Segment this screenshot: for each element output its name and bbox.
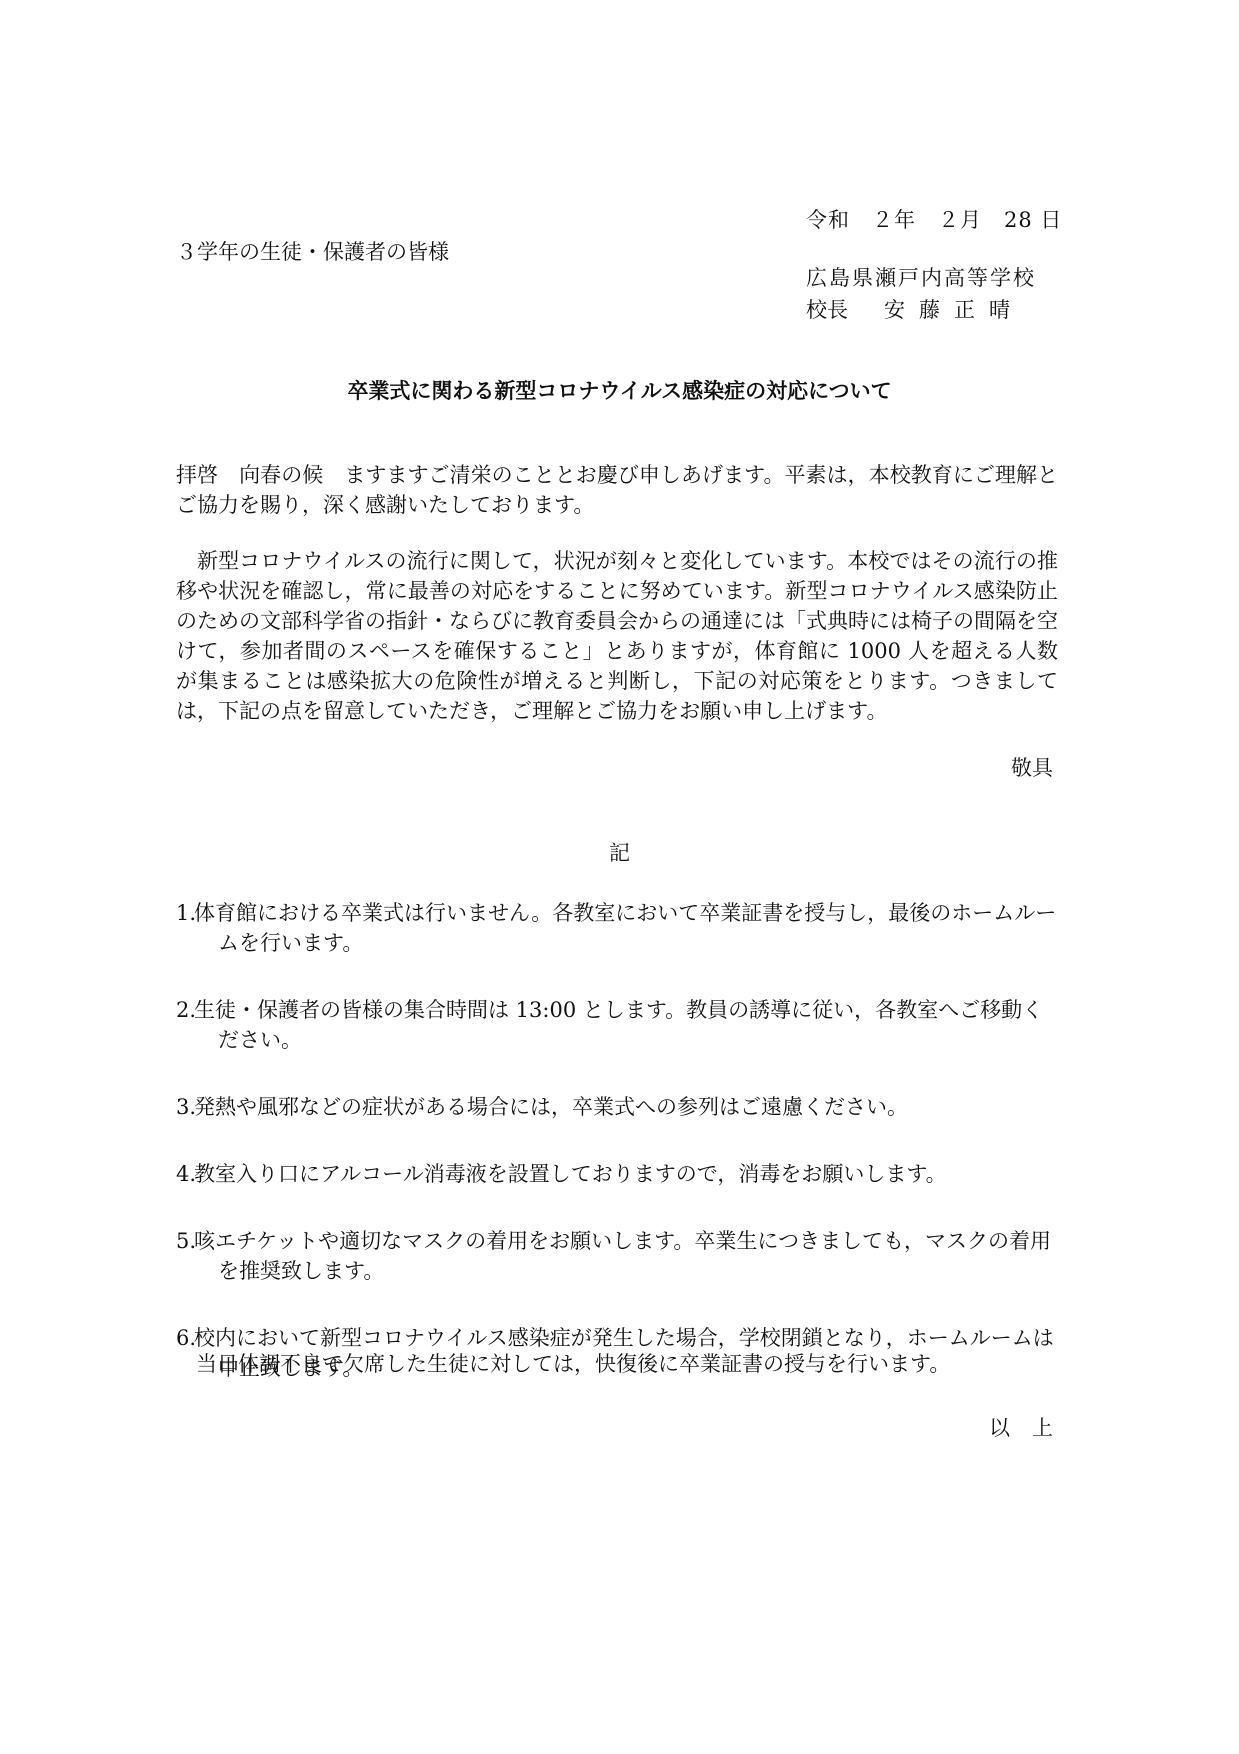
item-text: 生徒・保護者の皆様の集合時間は 13:00 とします。教員の誘導に従い，各教室へ… (194, 998, 1043, 1052)
principal-title: 校長 (806, 298, 848, 322)
document-title: 卒業式に関わる新型コロナウイルス感染症の対応について (0, 380, 1239, 401)
body-paragraph: 新型コロナウイルスの流行に関して，状況が刻々と変化しています。本校ではその流行の… (176, 546, 1058, 726)
recipient-line: ３学年の生徒・保護者の皆様 (176, 242, 449, 263)
item-text: 体育館における卒業式は行いません。各教室において卒業証書を授与し，最後のホームル… (194, 901, 1056, 955)
document-date: 令和 ２年 ２月 28 日 (806, 210, 1062, 231)
principal-name: 安藤正晴 (884, 298, 1024, 322)
closing-keigu: 敬具 (1011, 758, 1053, 779)
list-item: 2.生徒・保護者の皆様の集合時間は 13:00 とします。教員の誘導に従い，各教… (176, 995, 1058, 1055)
school-name: 広島県瀬戸内高等学校 (806, 268, 1036, 289)
item-text: 発熱や風邪などの症状がある場合には，卒業式への参列はご遠慮ください。 (194, 1095, 908, 1119)
measures-list: 1.体育館における卒業式は行いません。各教室において卒業証書を授与し，最後のホー… (176, 898, 1058, 1420)
closing-ijou: 以上 (989, 1418, 1075, 1439)
principal-signature: 校長安藤正晴 (806, 300, 1024, 321)
ki-heading: 記 (0, 843, 1239, 864)
list-item: 3.発熱や風邪などの症状がある場合には，卒業式への参列はご遠慮ください。 (176, 1092, 1058, 1122)
list-item: 4.教室入り口にアルコール消毒液を設置しておりますので，消毒をお願いします。 (176, 1159, 1058, 1189)
greeting-paragraph: 拝啓 向春の候 ますますご清栄のこととお慶び申しあげます。平素は，本校教育にご理… (176, 460, 1058, 520)
item-text: 咳エチケットや適切なマスクの着用をお願いします。卒業生につきましても，マスクの着… (194, 1229, 1051, 1283)
item-text: 教室入り口にアルコール消毒液を設置しておりますので，消毒をお願いします。 (194, 1162, 947, 1186)
list-item: 1.体育館における卒業式は行いません。各教室において卒業証書を授与し，最後のホー… (176, 898, 1058, 958)
list-item: 5.咳エチケットや適切なマスクの着用をお願いします。卒業生につきましても，マスク… (176, 1226, 1058, 1286)
absence-note: 当日体調不良で欠席した生徒に対しては，快復後に卒業証書の授与を行います。 (196, 1354, 950, 1375)
